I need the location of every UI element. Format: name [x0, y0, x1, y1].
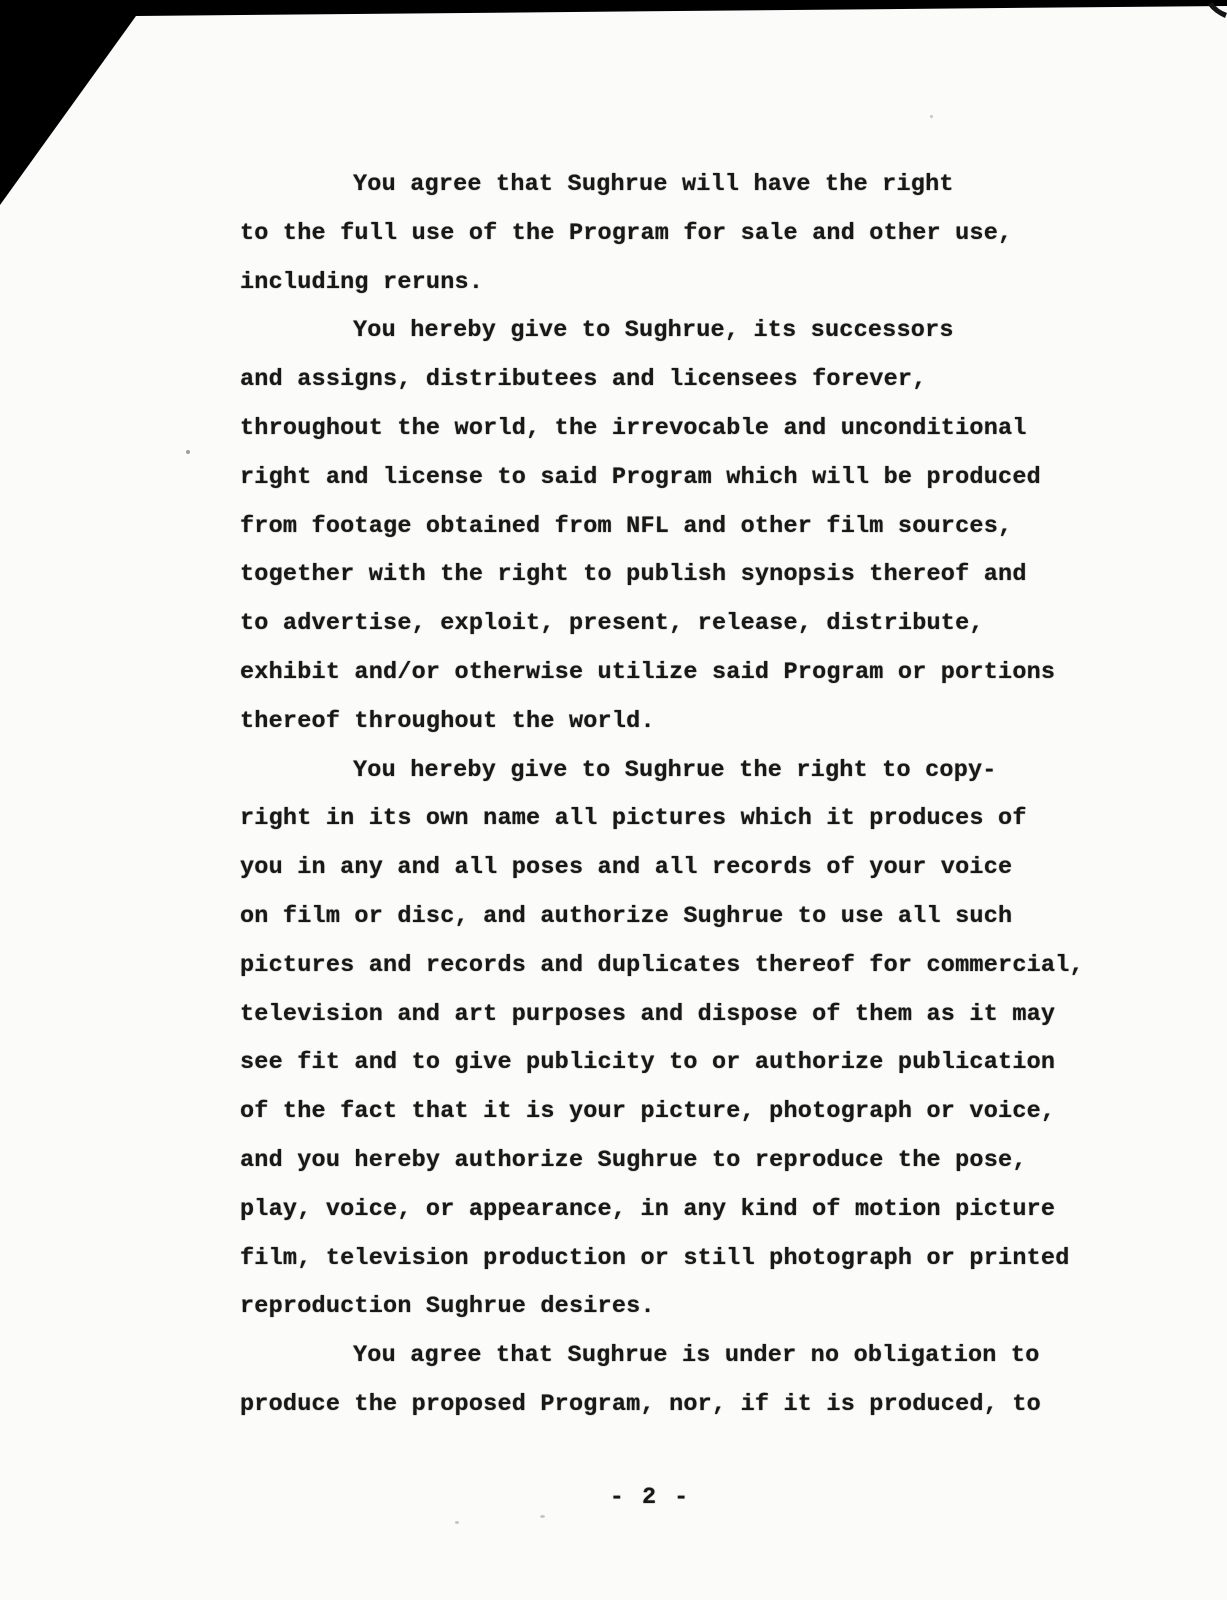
text-line: of the fact that it is your picture, pho…: [240, 1088, 1110, 1137]
text-line: produce the proposed Program, nor, if it…: [240, 1381, 1110, 1430]
text-line: play, voice, or appearance, in any kind …: [240, 1186, 1110, 1235]
text-line: together with the right to publish synop…: [240, 551, 1110, 600]
page-number: - 2 -: [240, 1474, 1060, 1522]
text-line: to advertise, exploit, present, release,…: [240, 600, 1110, 649]
text-line: right in its own name all pictures which…: [240, 795, 1110, 844]
text-line: television and art purposes and dispose …: [240, 991, 1110, 1040]
text-line: pictures and records and duplicates ther…: [240, 942, 1110, 991]
text-line: to the full use of the Program for sale …: [240, 210, 1110, 259]
text-line: and you hereby authorize Sughrue to repr…: [240, 1137, 1110, 1186]
text-line: right and license to said Program which …: [240, 454, 1110, 503]
scan-speck: [455, 1521, 459, 1524]
text-line: including reruns.: [240, 259, 1110, 308]
text-line: You hereby give to Sughrue the right to …: [240, 747, 1110, 796]
text-line: film, television production or still pho…: [240, 1235, 1110, 1284]
text-line: and assigns, distributees and licensees …: [240, 356, 1110, 405]
text-line: you in any and all poses and all records…: [240, 844, 1110, 893]
scan-speck: [930, 115, 933, 118]
text-line: You hereby give to Sughrue, its successo…: [240, 307, 1110, 356]
text-line: from footage obtained from NFL and other…: [240, 503, 1110, 552]
text-line: You agree that Sughrue is under no oblig…: [240, 1332, 1110, 1381]
text-line: on film or disc, and authorize Sughrue t…: [240, 893, 1110, 942]
text-block: You agree that Sughrue will have the rig…: [240, 161, 1110, 1430]
scan-speck: [186, 450, 190, 454]
document-page: You agree that Sughrue will have the rig…: [0, 0, 1227, 1600]
text-line: reproduction Sughrue desires.: [240, 1283, 1110, 1332]
text-line: thereof throughout the world.: [240, 698, 1110, 747]
text-line: You agree that Sughrue will have the rig…: [240, 161, 1110, 210]
text-line: throughout the world, the irrevocable an…: [240, 405, 1110, 454]
scan-speck: [540, 1515, 545, 1518]
text-line: exhibit and/or otherwise utilize said Pr…: [240, 649, 1110, 698]
text-line: see fit and to give publicity to or auth…: [240, 1039, 1110, 1088]
